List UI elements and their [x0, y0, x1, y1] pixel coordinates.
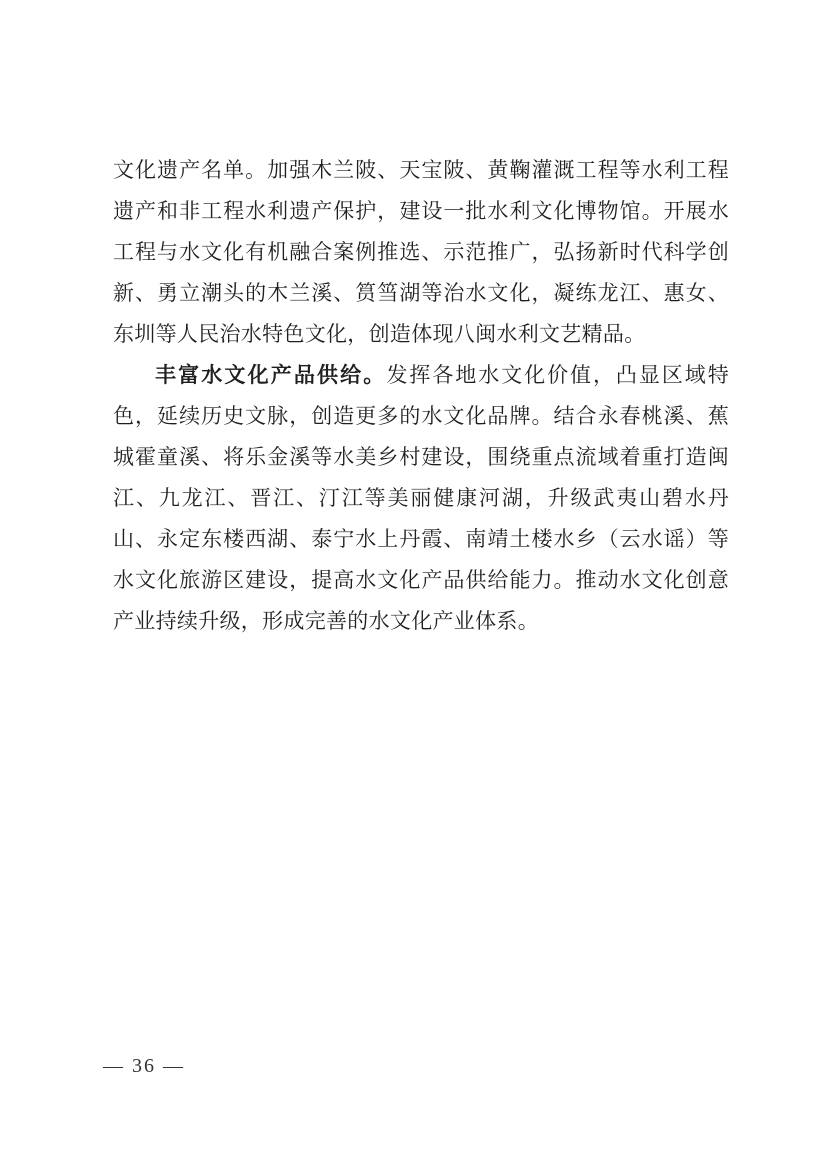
paragraph-text: 发挥各地水文化价值，凸显区域特色，延续历史文脉，创造更多的水文化品牌。结合永春桃…	[113, 363, 729, 633]
paragraph-lead-bold: 丰富水文化产品供给。	[155, 364, 386, 387]
paragraph-text: 文化遗产名单。加强木兰陂、天宝陂、黄鞠灌溉工程等水利工程遗产和非工程水利遗产保护…	[113, 158, 729, 346]
paragraph: 丰富水文化产品供给。发挥各地水文化价值，凸显区域特色，延续历史文脉，创造更多的水…	[113, 355, 729, 642]
paragraph: 文化遗产名单。加强木兰陂、天宝陂、黄鞠灌溉工程等水利工程遗产和非工程水利遗产保护…	[113, 150, 729, 355]
page-number: — 36 —	[103, 1054, 185, 1078]
document-body: 文化遗产名单。加强木兰陂、天宝陂、黄鞠灌溉工程等水利工程遗产和非工程水利遗产保护…	[113, 150, 729, 642]
document-page: 文化遗产名单。加强木兰陂、天宝陂、黄鞠灌溉工程等水利工程遗产和非工程水利遗产保护…	[0, 0, 826, 1169]
